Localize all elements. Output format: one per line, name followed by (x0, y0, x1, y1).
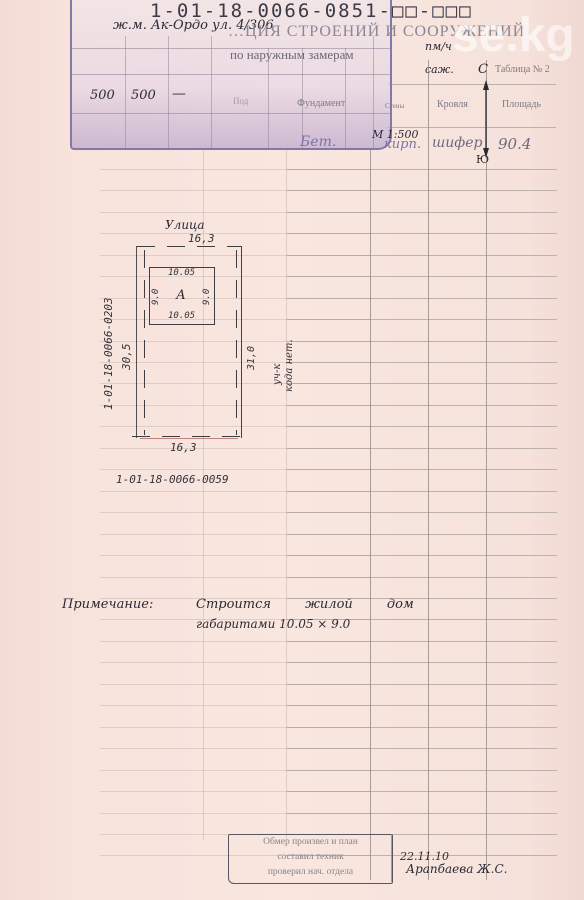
lot-top-edge (137, 246, 241, 247)
note-line-2: габаритами 10.05 × 9.0 (196, 617, 350, 631)
ruled-line (286, 577, 557, 578)
ruled-line (286, 426, 557, 427)
right-neighbor-line1: уч-к (272, 364, 283, 385)
ruled-line (286, 233, 557, 234)
ruled-line (286, 770, 557, 771)
scale-label: М 1:500 (372, 128, 418, 141)
stamp-line-1: Обмер произвел и план (229, 835, 392, 850)
compass-south-label: Ю (476, 153, 489, 166)
ruled-line (286, 169, 557, 170)
ruled-line (286, 791, 557, 792)
ruled-line (286, 190, 557, 191)
table-header-line (388, 84, 556, 85)
building-bottom-dimension: 10.05 (168, 311, 195, 321)
walls-label: Стены (385, 102, 404, 110)
ruled-line (286, 748, 557, 749)
foundation-label: Фундамент (297, 98, 345, 109)
bottom-neighbor-code: 1-01-18-0066-0059 (116, 473, 229, 486)
building-left-dimension: 9.0 (151, 289, 161, 305)
ruled-line (286, 555, 557, 556)
ruled-line (286, 641, 557, 642)
ruled-line (286, 362, 557, 363)
column-divider (286, 150, 287, 840)
left-neighbor-code: 1-01-18-0066-0203 (102, 297, 115, 410)
ruled-line (286, 255, 557, 256)
right-neighbor-line2: кода нет. (284, 339, 295, 392)
column-divider (203, 150, 204, 840)
ruled-line (286, 534, 557, 535)
stamp-value-3: — (172, 86, 186, 102)
note-label: Примечание: (62, 597, 153, 612)
ruled-line (286, 298, 557, 299)
ruled-line (286, 319, 557, 320)
top-width-dimension: 16,3 (188, 232, 215, 245)
column-divider (486, 60, 487, 880)
bottom-width-dimension: 16,3 (170, 441, 197, 454)
column-divider (428, 60, 429, 880)
lot-right-edge (241, 246, 242, 438)
stamp-value-2: 500 (131, 88, 156, 103)
roof-value: шифер (432, 135, 482, 151)
watermark: se.kg (452, 8, 575, 63)
stamp-line-2: составил техник (229, 850, 392, 865)
ruled-line (286, 512, 557, 513)
street-label: Улица (165, 218, 205, 232)
compass-north-label: С (478, 62, 488, 77)
ruled-line (286, 705, 557, 706)
under-label: Под (233, 96, 248, 106)
building-right-dimension: 9.0 (202, 289, 212, 305)
material-value: Бет. (300, 134, 336, 150)
surveyor-stamp: Обмер произвел и план составил техник пр… (228, 834, 393, 884)
lot-bottom-edge (132, 436, 244, 437)
lot-left-edge (136, 246, 137, 438)
ruled-line (286, 813, 557, 814)
lot-left-dash (144, 250, 145, 435)
stamp-value-1: 500 (90, 88, 115, 103)
ruled-line (286, 684, 557, 685)
table-number-label: Таблица № 2 (495, 64, 550, 75)
ruled-line (286, 448, 557, 449)
ruled-line (286, 276, 557, 277)
lot-left-length: 30,5 (120, 344, 133, 371)
lot-bottom-line (140, 438, 238, 439)
stamp-divider (391, 834, 392, 882)
lot-right-length: 31,0 (246, 346, 257, 370)
ruled-line (286, 491, 557, 492)
surveyor-signature: Арапбаева Ж.С. (406, 862, 507, 876)
building-letter: А (176, 288, 186, 303)
ruled-line (286, 405, 557, 406)
roof-column-header: Кровля (437, 99, 468, 110)
building-top-dimension: 10.05 (168, 268, 195, 278)
ruled-line (286, 727, 557, 728)
header-annotation-2: саж. (425, 63, 454, 76)
lot-right-dash (236, 250, 237, 435)
ruled-line (286, 469, 557, 470)
header-annotation-1: пм/ч (425, 40, 452, 53)
ruled-line (286, 212, 557, 213)
note-line-1: Строится жилой дом (196, 597, 414, 612)
area-column-header: Площадь (502, 99, 541, 110)
area-value: 90.4 (498, 135, 531, 153)
column-divider (370, 150, 371, 880)
ruled-line (286, 662, 557, 663)
ruled-line (286, 383, 557, 384)
form-subtitle: по наружным замерам (230, 47, 354, 63)
stamp-line-3: проверил нач. отдела (229, 865, 392, 880)
ruled-line (286, 341, 557, 342)
